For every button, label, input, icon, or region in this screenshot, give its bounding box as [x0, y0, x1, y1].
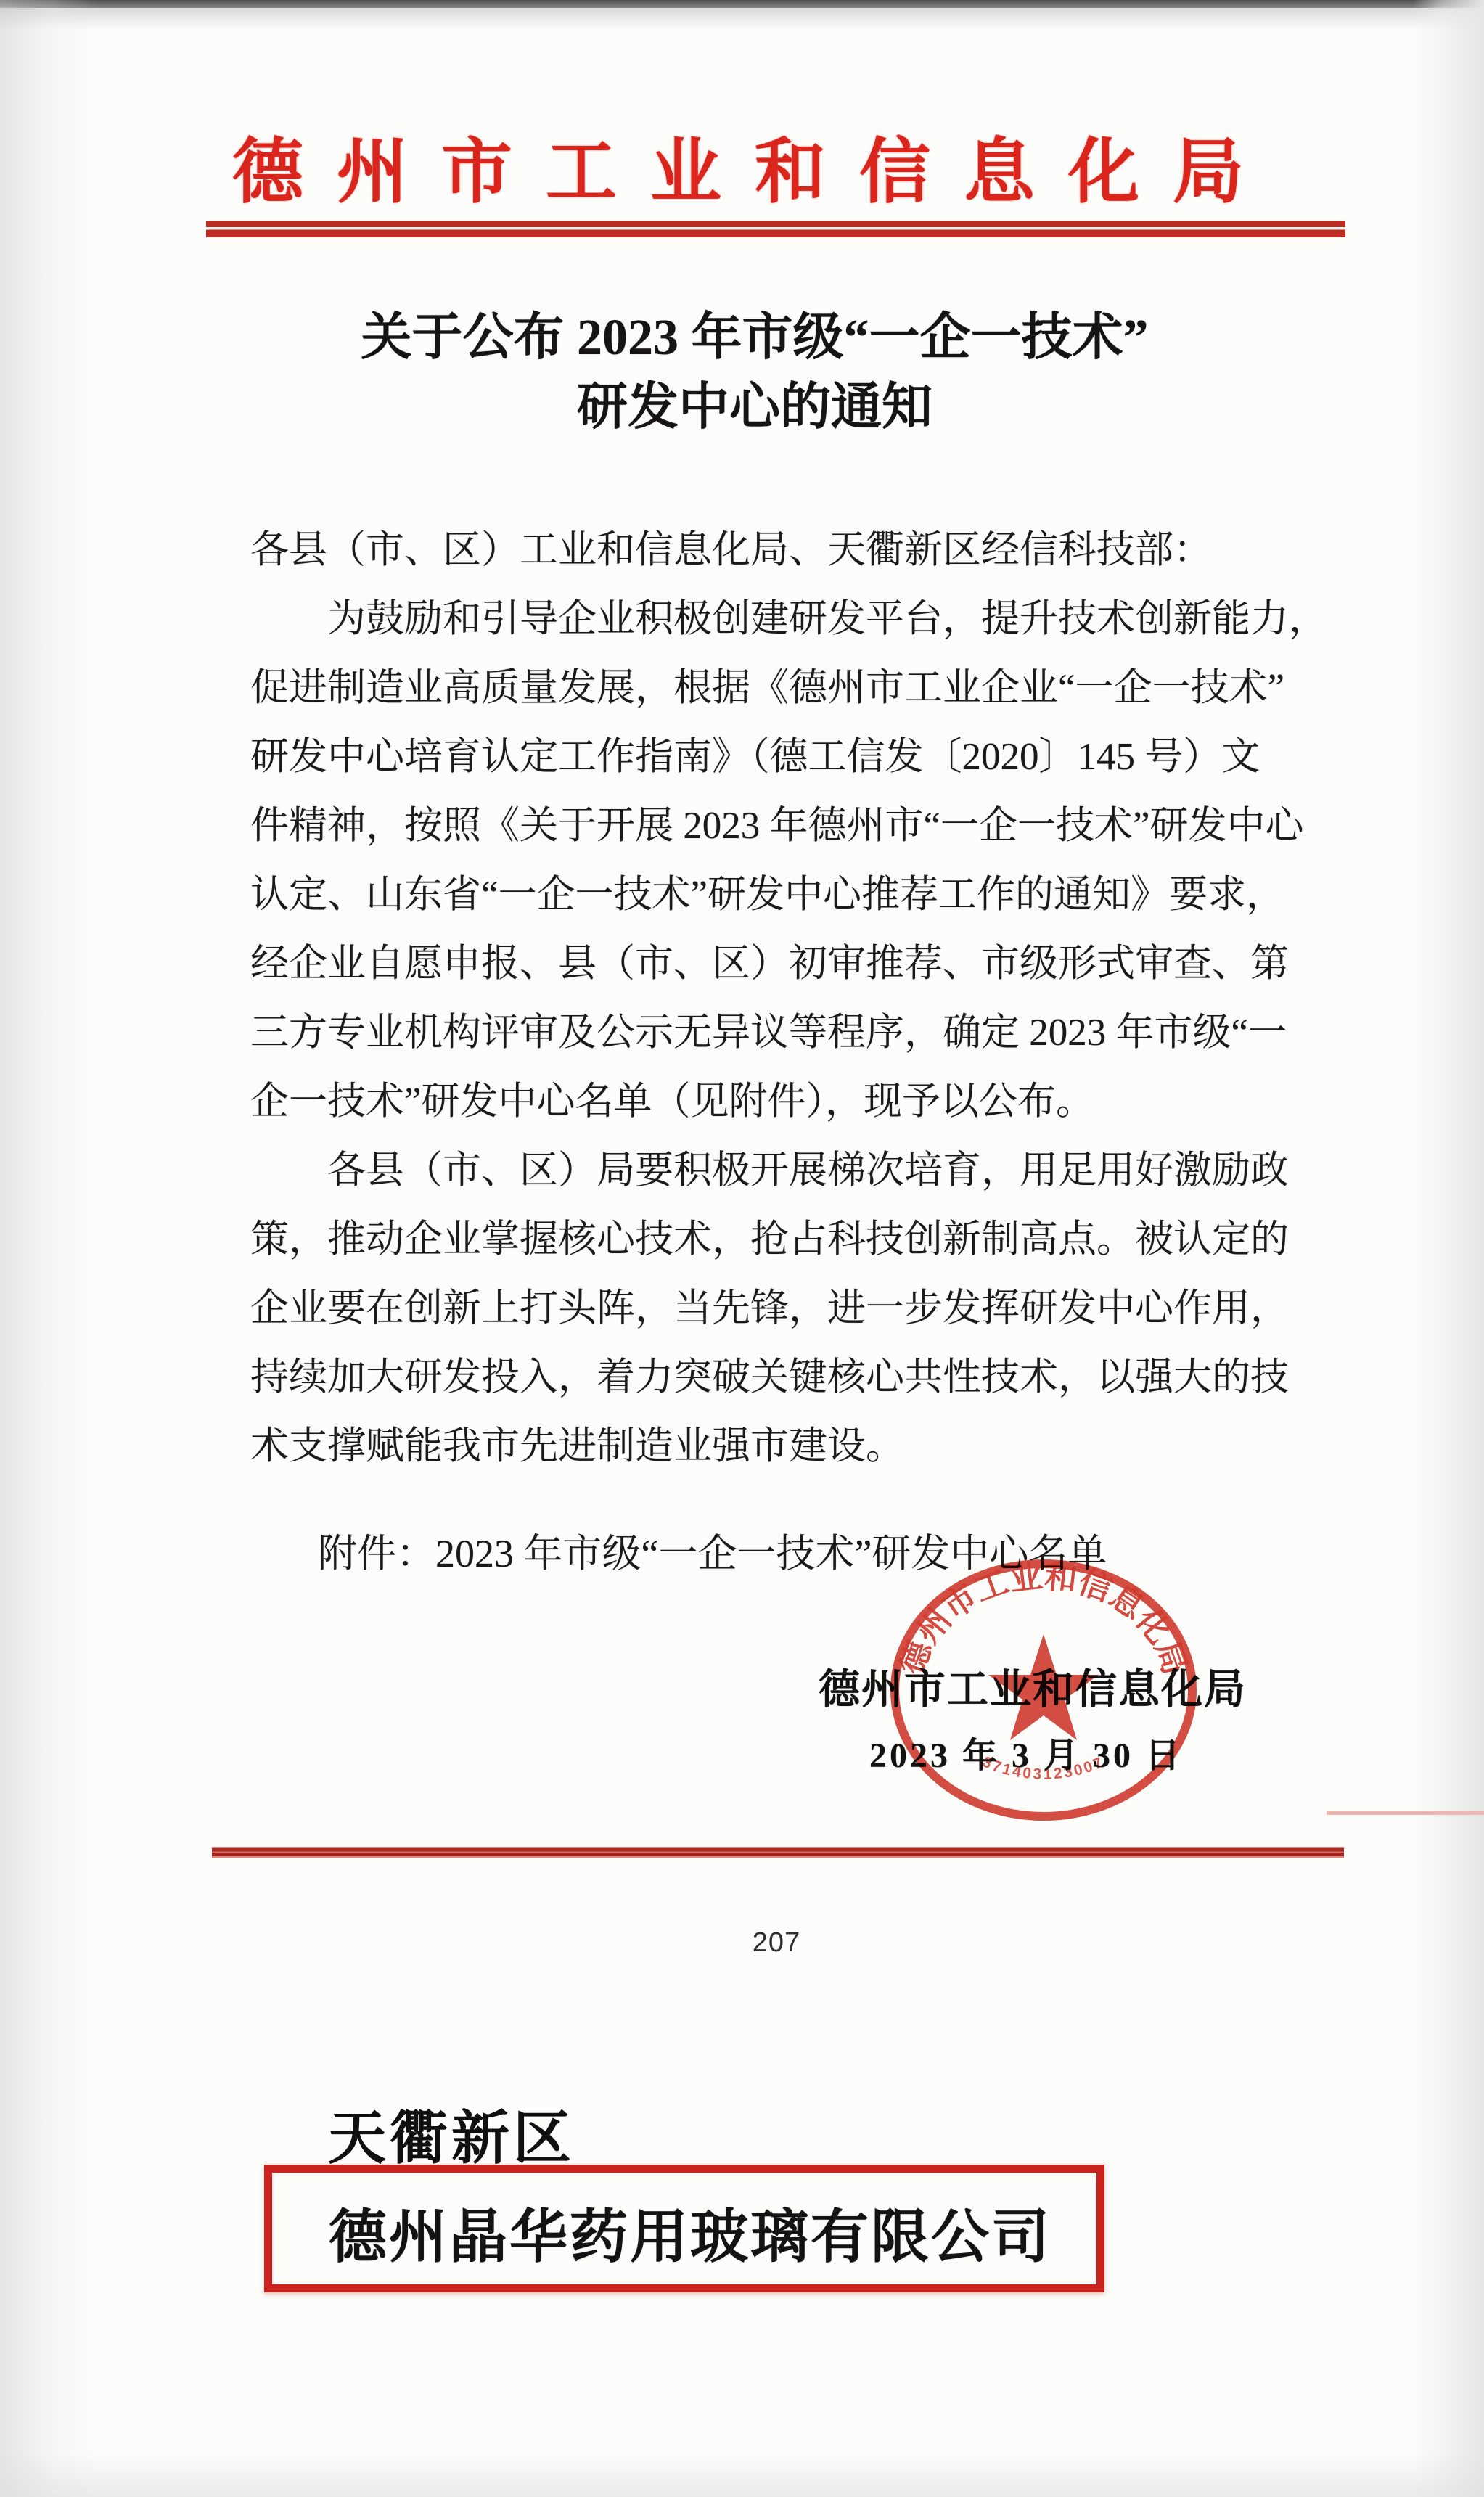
body-line: 为鼓励和引导企业积极创建研发平台，提升技术创新能力， — [250, 585, 1281, 654]
body-line: 策，推动企业掌握核心技术，抢占科技创新制高点。被认定的 — [250, 1205, 1281, 1274]
body-line: 经企业自愿申报、县（市、区）初审推荐、市级形式审查、第 — [250, 930, 1281, 999]
document-body: 各县（市、区）工业和信息化局、天衢新区经信科技部： 为鼓励和引导企业积极创建研发… — [250, 516, 1281, 1481]
page-number: 207 — [726, 1927, 827, 1959]
body-line: 认定、山东省“一企一技术”研发中心推荐工作的通知》要求， — [250, 861, 1281, 930]
footer-divider-line — [212, 1847, 1344, 1858]
seal-star-icon — [988, 1634, 1099, 1740]
scan-artifact-line — [1327, 1811, 1484, 1815]
scanned-document-page: 德州市工业和信息化局 关于公布 2023 年市级“一企一技术” 研发中心的通知 … — [0, 0, 1484, 2497]
letterhead-agency-name: 德州市工业和信息化局 — [94, 115, 1415, 217]
body-line: 件精神，按照《关于开展 2023 年德州市“一企一技术”研发中心 — [250, 792, 1281, 861]
official-seal: 德州市工业和信息化局 371403123007 — [880, 1553, 1208, 1829]
district-section-label: 天衢新区 — [328, 2091, 575, 2175]
document-title-line2: 研发中心的通知 — [94, 373, 1415, 443]
body-line: 术支撑赋能我市先进制造业强市建设。 — [250, 1412, 1281, 1481]
body-line: 促进制造业高质量发展，根据《德州市工业企业“一企一技术” — [250, 654, 1281, 723]
body-line: 企一技术”研发中心名单（见附件），现予以公布。 — [250, 1067, 1281, 1136]
document-title-line1: 关于公布 2023 年市级“一企一技术” — [94, 303, 1415, 373]
body-line: 企业要在创新上打头阵，当先锋，进一步发挥研发中心作用， — [250, 1274, 1281, 1343]
scan-top-edge — [0, 0, 1484, 8]
body-line: 持续加大研发投入，着力突破关键核心共性技术，以强大的技 — [250, 1343, 1281, 1412]
company-name: 德州晶华药用玻璃有限公司 — [329, 2190, 1051, 2273]
document-title: 关于公布 2023 年市级“一企一技术” 研发中心的通知 — [94, 303, 1415, 443]
body-line: 各县（市、区）局要积极开展梯次培育，用足用好激励政 — [250, 1136, 1281, 1205]
seal-code-digits: 371403123007 — [980, 1753, 1107, 1782]
body-line: 各县（市、区）工业和信息化局、天衢新区经信科技部： — [250, 516, 1281, 585]
body-line: 三方专业机构评审及公示无异议等程序，确定 2023 年市级“一 — [250, 999, 1281, 1067]
scan-left-shadow — [0, 0, 98, 2497]
body-line: 研发中心培育认定工作指南》（德工信发〔2020〕145 号）文 — [250, 723, 1281, 792]
scan-right-shadow — [1413, 0, 1484, 2497]
highlighted-company-box: 德州晶华药用玻璃有限公司 — [264, 2165, 1104, 2292]
svg-text:371403123007: 371403123007 — [980, 1753, 1107, 1782]
scan-bottom-shadow — [0, 2453, 1484, 2497]
scan-top-shadow — [0, 8, 1484, 30]
letterhead-divider-line — [206, 221, 1345, 237]
